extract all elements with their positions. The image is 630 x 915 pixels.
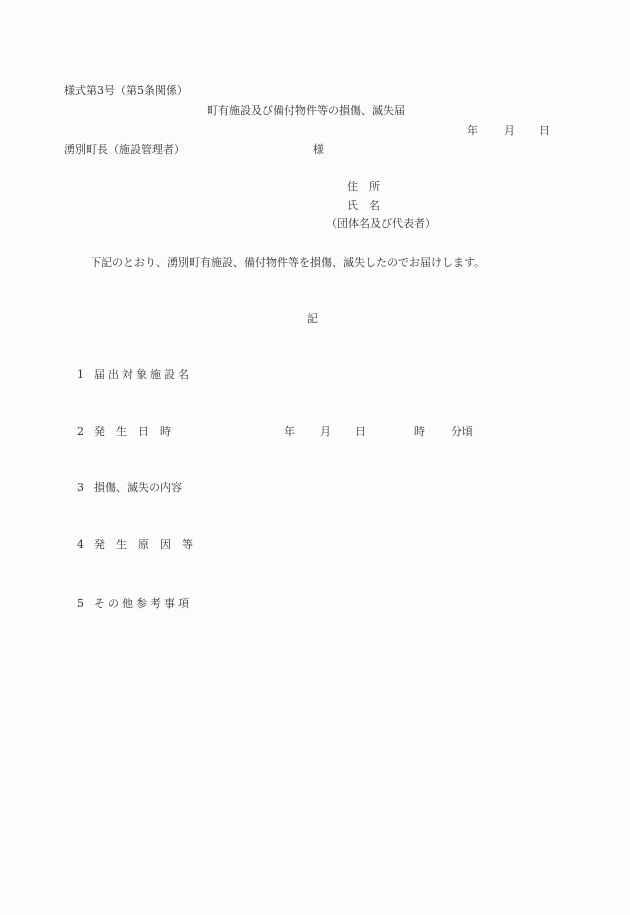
organization-note: （団体名及び代表者） xyxy=(326,218,436,229)
occurrence-minute-label: 分頃 xyxy=(451,426,473,437)
item-label-occurrence-datetime: 発 生 日 時 xyxy=(94,426,171,437)
item-number: 3 xyxy=(77,482,84,493)
body-text: 下記のとおり、湧別町有施設、備付物件等を損傷、滅失したのでお届けします。 xyxy=(90,257,485,268)
item-number: 4 xyxy=(77,539,84,550)
addressee-honorific: 様 xyxy=(313,144,324,155)
form-number: 様式第3号（第5条関係） xyxy=(64,85,188,96)
occurrence-day-label: 日 xyxy=(355,426,366,437)
date-month-label: 月 xyxy=(504,125,515,136)
date-day-label: 日 xyxy=(539,125,550,136)
item-label-damage-content: 損傷、滅失の内容 xyxy=(94,482,182,493)
item-number: 5 xyxy=(77,598,84,609)
ki-heading: 記 xyxy=(307,313,318,324)
item-label-other-notes: その他参考事項 xyxy=(94,598,192,609)
name-label: 氏 名 xyxy=(347,200,380,211)
item-label-facility-name: 届出対象施設名 xyxy=(94,369,192,380)
date-year-label: 年 xyxy=(467,125,478,136)
addressee: 湧別町長（施設管理者） xyxy=(64,144,185,155)
occurrence-month-label: 月 xyxy=(320,426,331,437)
item-number: 2 xyxy=(77,426,84,437)
occurrence-hour-label: 時 xyxy=(414,426,425,437)
item-label-cause: 発 生 原 因 等 xyxy=(94,539,193,550)
item-number: 1 xyxy=(77,369,84,380)
address-label: 住 所 xyxy=(347,181,380,192)
document-title: 町有施設及び備付物件等の損傷、滅失届 xyxy=(207,105,405,116)
occurrence-year-label: 年 xyxy=(284,426,295,437)
